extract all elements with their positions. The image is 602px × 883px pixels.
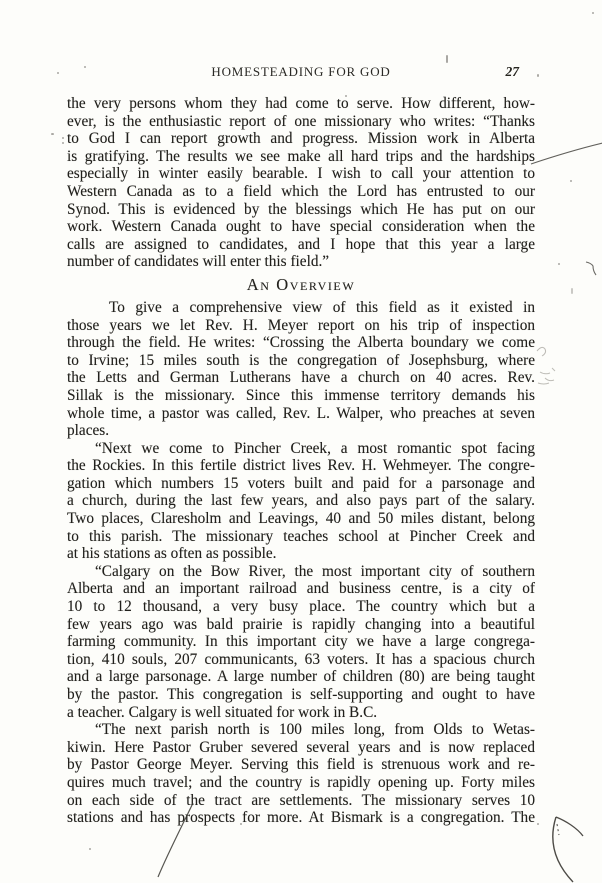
text-line: Two places, Claresholm and Leavings, 40 … (67, 510, 535, 528)
text-line: calls are assigned to candidates, and I … (67, 236, 535, 254)
text-line: “The next parish north is 100 miles long… (67, 721, 535, 739)
text-line: through the field. He writes: “Crossing … (67, 334, 535, 352)
text-line: farming community. In this important cit… (67, 633, 535, 651)
text-line: 10 to 12 thousand, a very busy place. Th… (67, 598, 535, 616)
scan-speck (537, 823, 539, 825)
scan-speck (51, 133, 54, 135)
pen-stroke-arc-right (531, 143, 602, 164)
text-line: to Irvine; 15 miles south is the congreg… (67, 352, 535, 370)
scan-speck (571, 288, 573, 294)
text-line: whole time, a pastor was called, Rev. L.… (67, 405, 535, 423)
text-line: places. (67, 422, 535, 440)
text-line: the Rockies. In this fertile district li… (67, 457, 535, 475)
text-line: and a large parsonage. A large number of… (67, 668, 535, 686)
scan-speck (62, 142, 64, 144)
text-line: to God I can report growth and progress.… (67, 130, 535, 148)
text-line: by the pastor. This congregation is self… (67, 686, 535, 704)
text-line: To give a comprehensive view of this fie… (67, 299, 535, 317)
text-line: Sillak is the missionary. Since this imm… (67, 387, 535, 405)
scan-speck (558, 263, 560, 265)
text-line: “Next we come to Pincher Creek, a most r… (67, 440, 535, 458)
text-column: the very persons whom they had come to s… (67, 95, 535, 827)
text-line: stations and has prospects for more. At … (67, 809, 535, 827)
pen-flourish-bottom-right (553, 817, 583, 882)
text-line: is gratifying. The results we see make a… (67, 148, 535, 166)
paragraph: “Next we come to Pincher Creek, a most r… (67, 440, 535, 563)
paragraph: To give a comprehensive view of this fie… (67, 299, 535, 440)
text-line: Synod. This is evidenced by the blessing… (67, 201, 535, 219)
text-line: “Calgary on the Bow River, the most impo… (67, 563, 535, 581)
text-line: a church, during the last few years, and… (67, 492, 535, 510)
text-line: those years we let Rev. H. Meyer report … (67, 317, 535, 335)
paragraph: the very persons whom they had come to s… (67, 95, 535, 271)
text-line: tion, 410 souls, 207 communicants, 63 vo… (67, 651, 535, 669)
running-header: HOMESTEADING FOR GOD 27 (67, 64, 535, 84)
paragraph: “Calgary on the Bow River, the most impo… (67, 563, 535, 721)
pen-tick-right-margin (586, 262, 596, 275)
scan-speck (57, 72, 59, 74)
scan-speck (570, 180, 572, 182)
margin-smudge (537, 347, 555, 384)
scan-speck (446, 55, 448, 63)
page-title: HOMESTEADING FOR GOD (67, 64, 535, 80)
scan-speck (537, 74, 539, 77)
text-line: ever, is the enthusiastic report of one … (67, 113, 535, 131)
page-number: 27 (506, 64, 520, 80)
text-line: especially in winter easily bearable. I … (67, 165, 535, 183)
text-line: by Pastor George Meyer. Serving this fie… (67, 756, 535, 774)
text-line: few years ago was bald prairie is rapidl… (67, 616, 535, 634)
text-line: work. Western Canada ought to have speci… (67, 218, 535, 236)
text-line: to this parish. The missionary teaches s… (67, 528, 535, 546)
text-line: quires much travel; and the country is r… (67, 774, 535, 792)
text-line: Alberta and an important railroad and bu… (67, 580, 535, 598)
text-line: number of candidates will enter this fie… (67, 253, 535, 271)
text-line: the very persons whom they had come to s… (67, 95, 535, 113)
text-line: kiwin. Here Pastor Gruber severed severa… (67, 739, 535, 757)
scan-speck (592, 12, 594, 14)
book-page: HOMESTEADING FOR GOD 27 the very persons… (0, 0, 602, 883)
text-line: gation which numbers 15 voters built and… (67, 475, 535, 493)
text-line: at his stations as often as possible. (67, 545, 535, 563)
text-line: on each side of the tract are settlement… (67, 792, 535, 810)
section-heading: An Overview (67, 275, 535, 295)
text-line: Western Canada as to a field which the L… (67, 183, 535, 201)
scan-speck (89, 848, 91, 850)
scan-speck (62, 137, 64, 139)
text-line: the Letts and German Lutherans have a ch… (67, 369, 535, 387)
text-line: a teacher. Calgary is well situated for … (67, 704, 535, 722)
paragraph: “The next parish north is 100 miles long… (67, 721, 535, 827)
